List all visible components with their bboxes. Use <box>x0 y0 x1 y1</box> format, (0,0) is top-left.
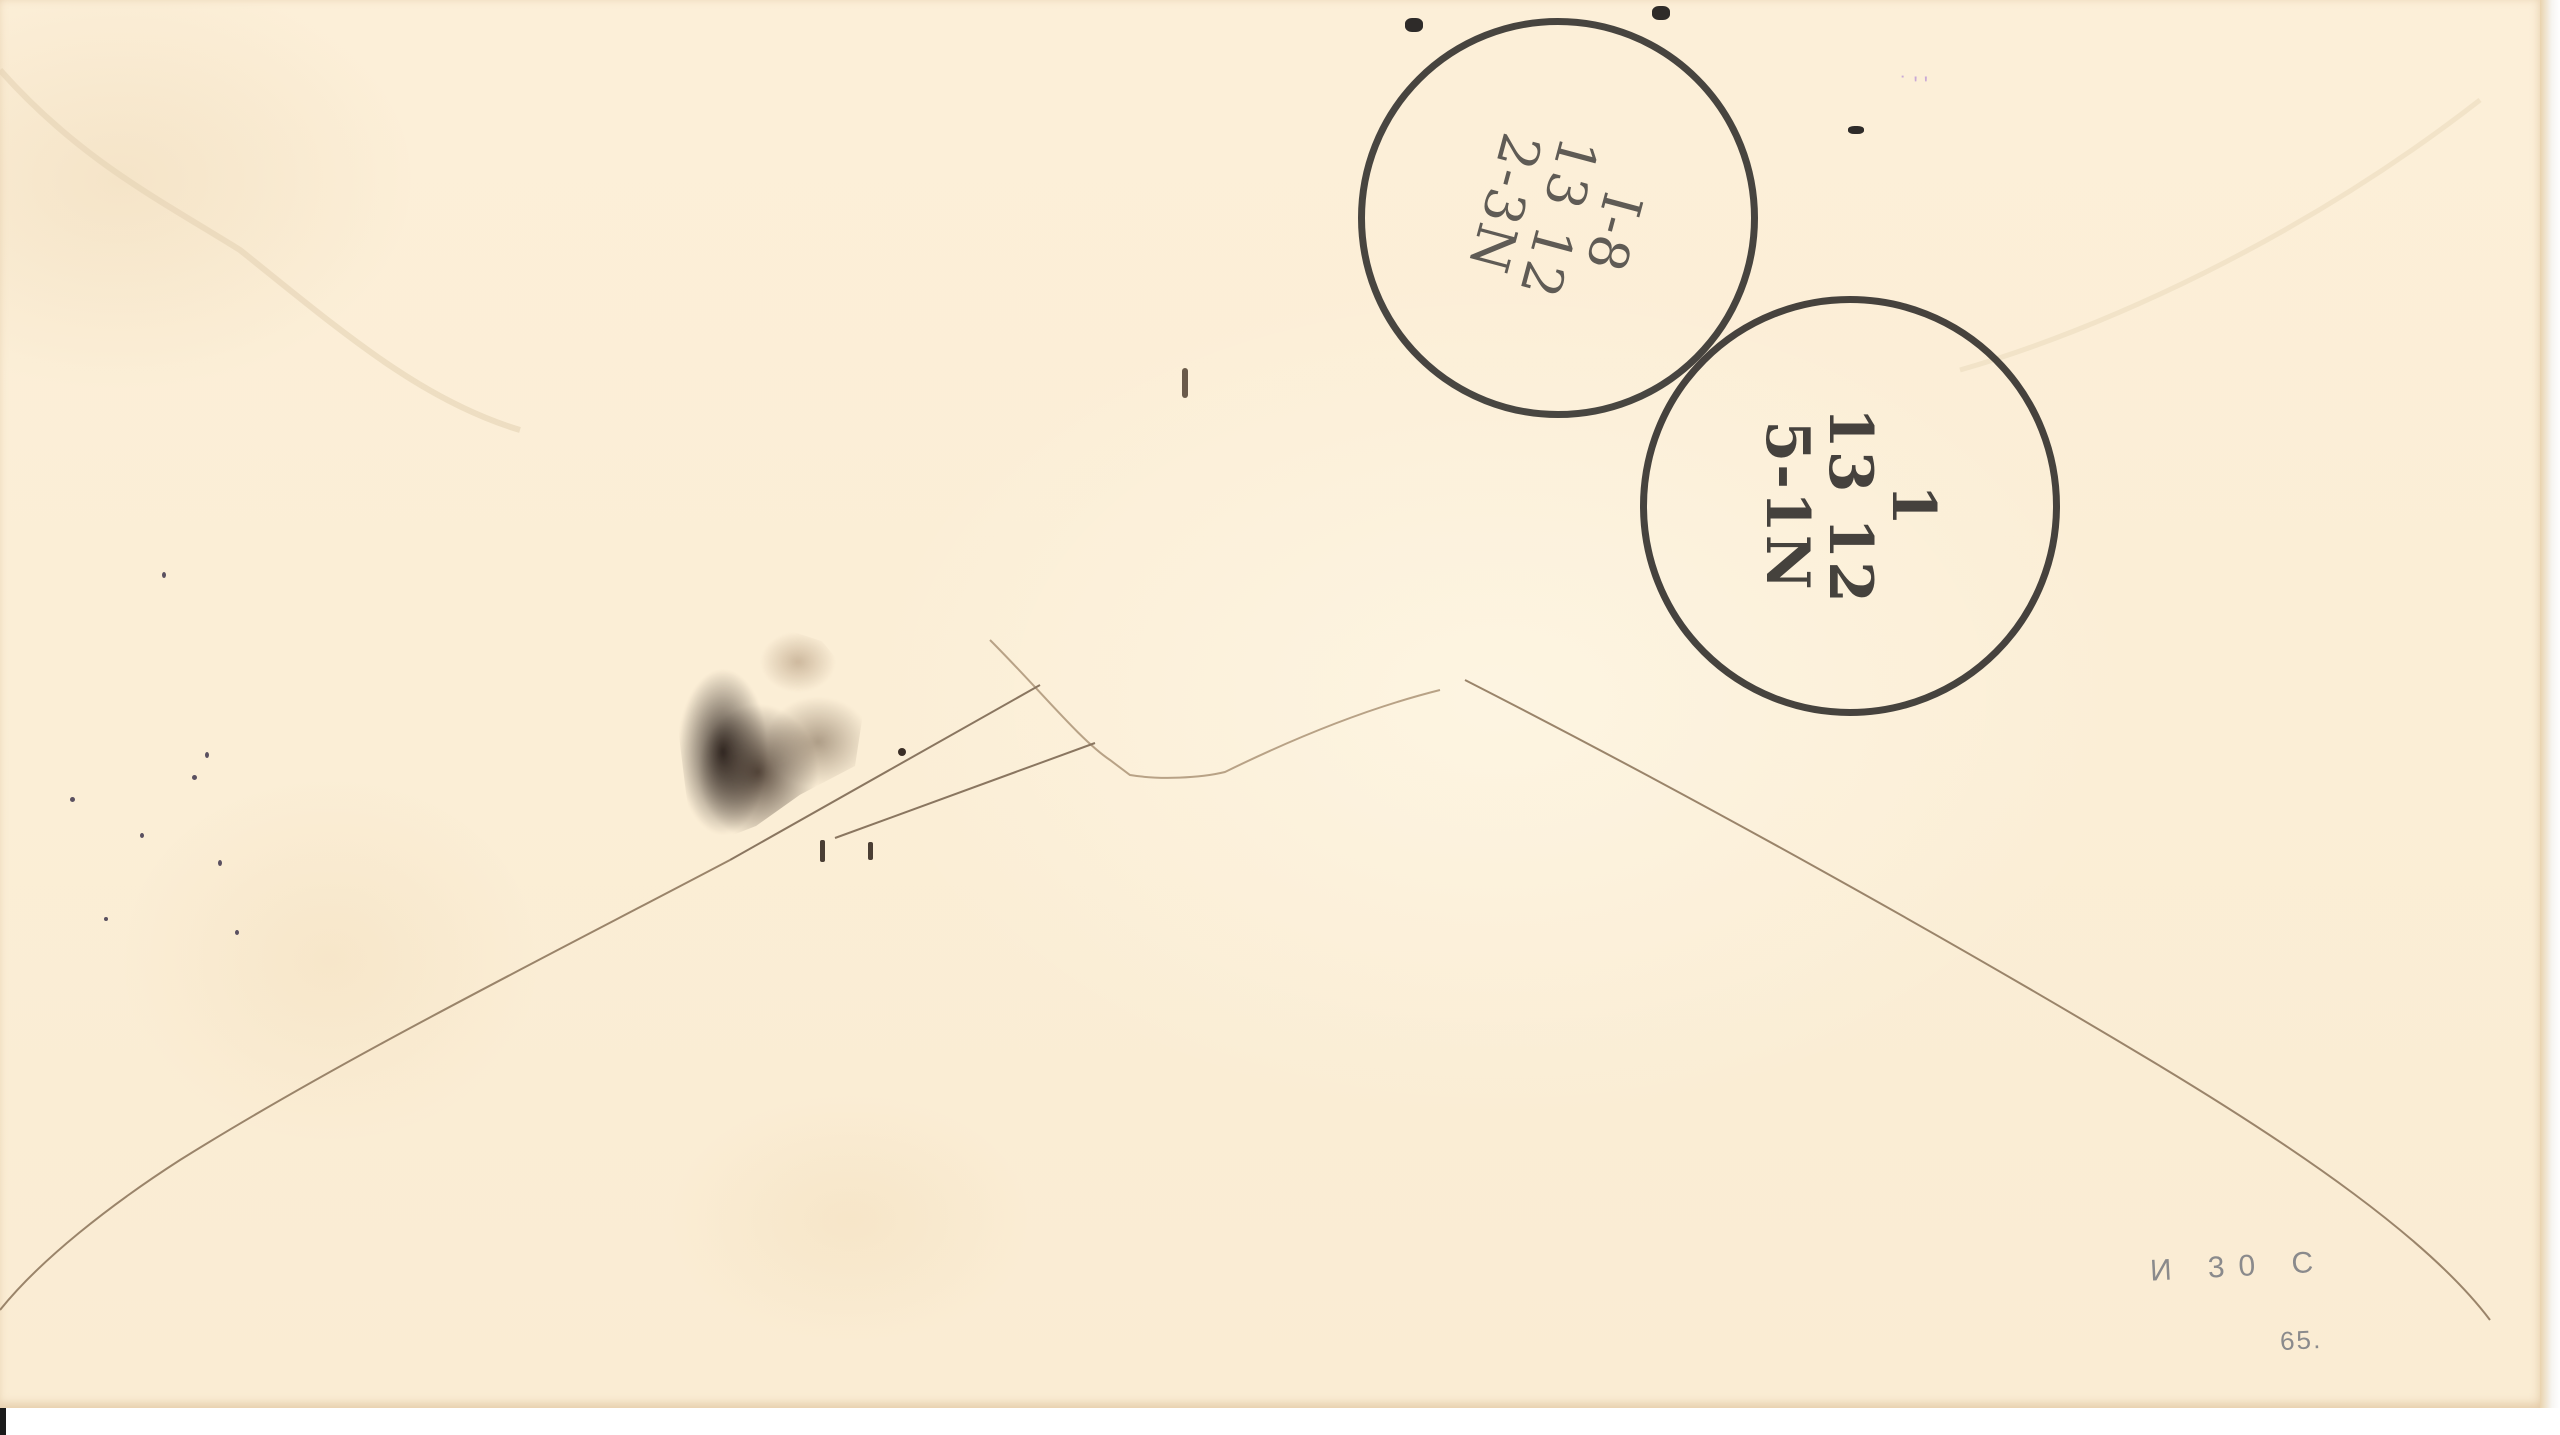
ink-speck <box>868 842 873 860</box>
postmark-line: 13 12 <box>1819 407 1882 605</box>
faint-speck <box>70 797 75 802</box>
faint-speck <box>218 860 222 866</box>
envelope-back: ˙ ' ' I-8 13 12 2-3N 1 13 12 5-1N <box>0 0 2544 1408</box>
scan-right-margin <box>2540 0 2560 1408</box>
scan-canvas: ˙ ' ' I-8 13 12 2-3N 1 13 12 5-1N <box>0 0 2560 1435</box>
ink-dots <box>1182 368 1188 398</box>
envelope-flap-lines <box>0 0 2544 1408</box>
scan-bottom-margin <box>0 1408 2560 1435</box>
faint-speck <box>162 572 166 578</box>
postmark-line: 1 <box>1882 484 1945 528</box>
ink-speck <box>1848 126 1864 134</box>
faint-speck <box>205 752 209 758</box>
ink-speck <box>898 748 906 756</box>
postmark-lower: 1 13 12 5-1N <box>1640 296 2060 716</box>
faint-speck <box>140 833 144 838</box>
scan-edge-mark <box>0 1408 6 1435</box>
postmark-lower-text: 1 13 12 5-1N <box>1647 303 2053 709</box>
faint-violet-marks: ˙ ' ' <box>1900 72 1928 98</box>
faint-speck <box>235 930 239 935</box>
ink-speck <box>820 840 825 862</box>
pencil-note-price: 65. <box>2279 1324 2323 1357</box>
top-ink-mark <box>1652 6 1670 20</box>
postmark-line: 5-1N <box>1756 420 1819 591</box>
faint-speck <box>192 775 197 780</box>
faint-speck <box>104 917 108 921</box>
